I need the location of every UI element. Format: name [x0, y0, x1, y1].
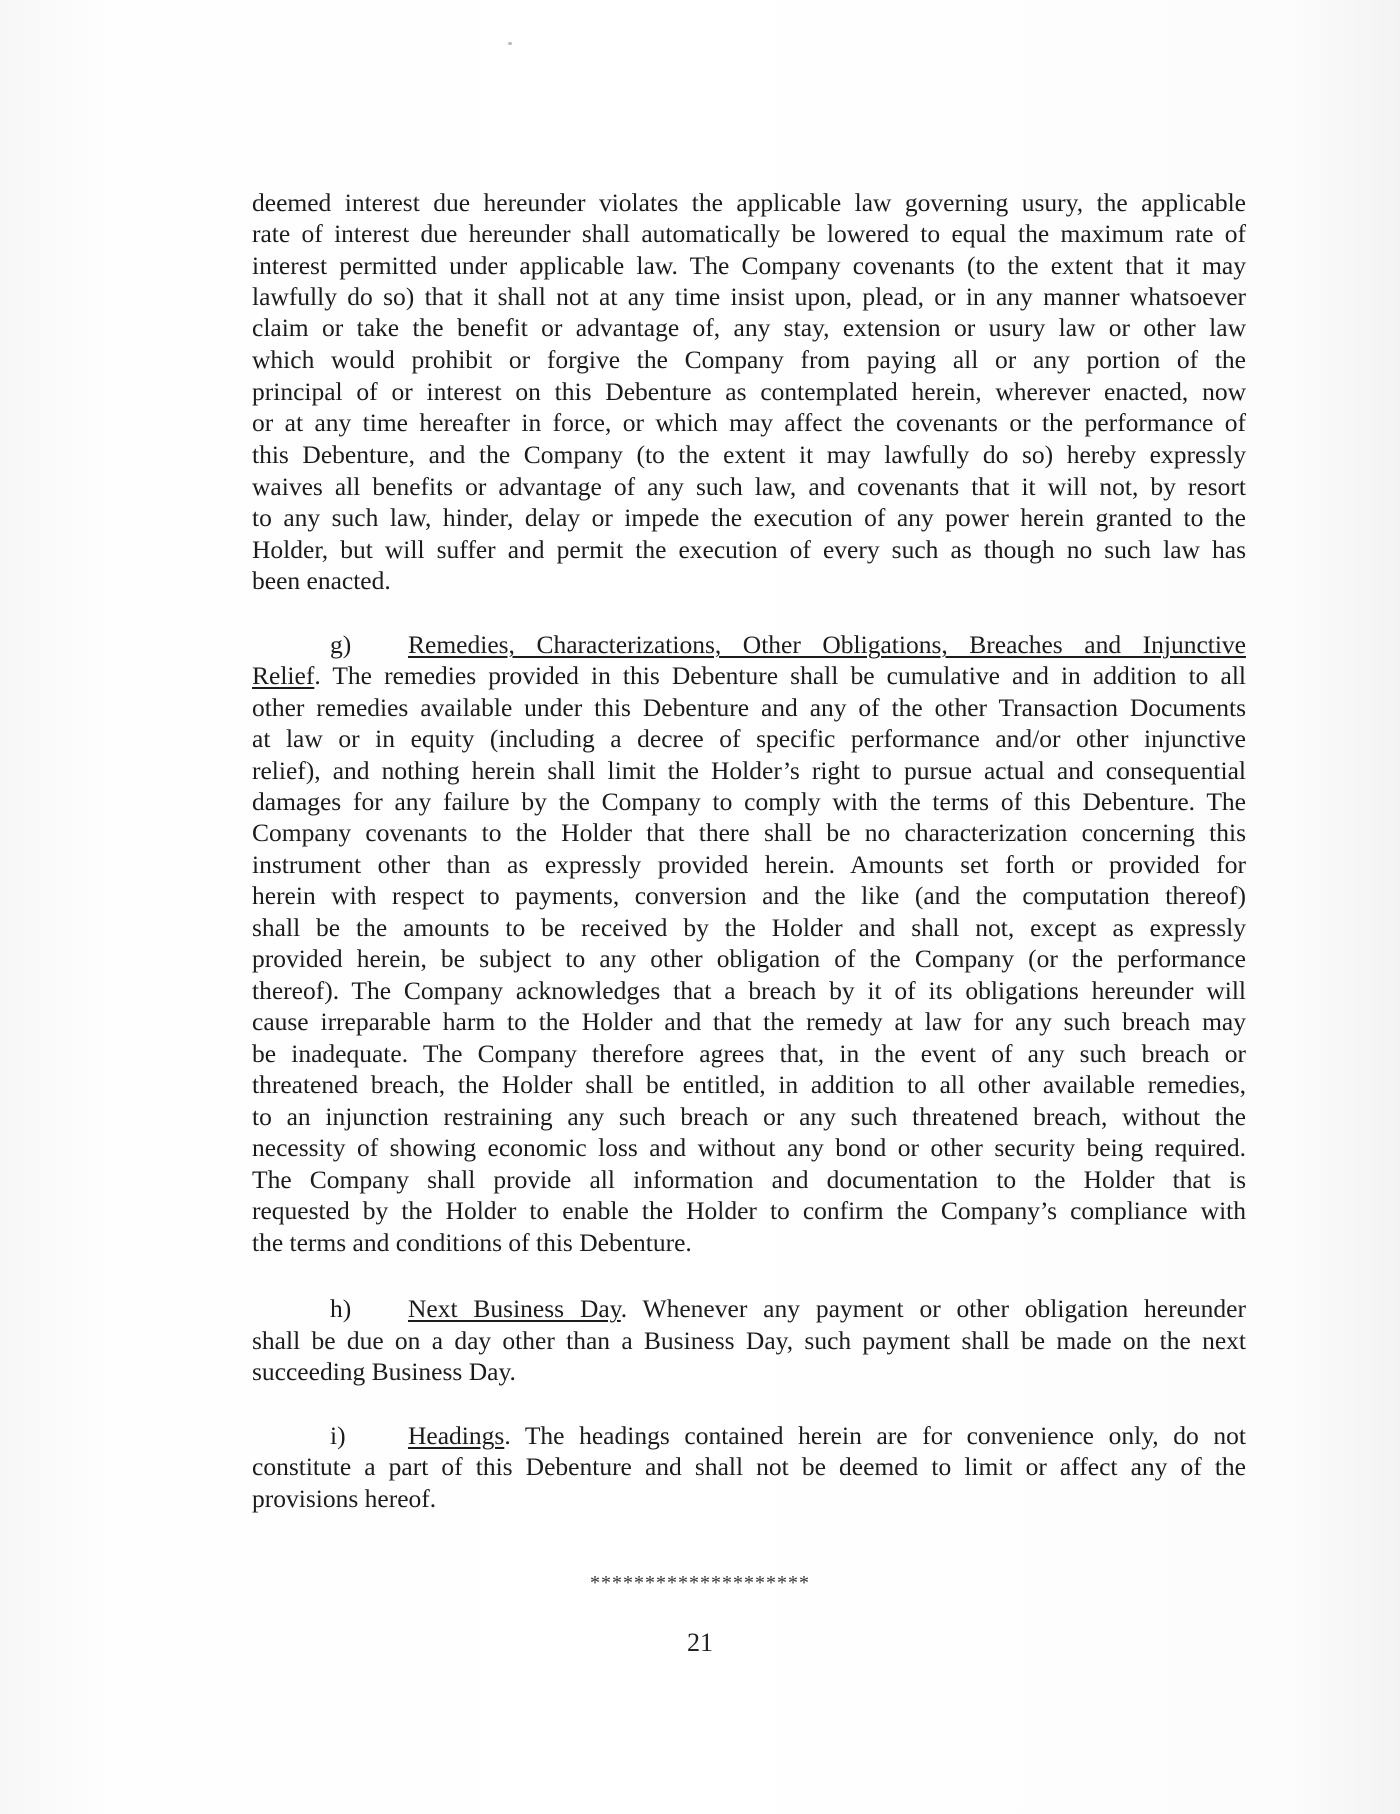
text-line: to an injunction restraining any such br…: [252, 1102, 1246, 1132]
text-line: shall be the amounts to be received by t…: [252, 913, 1246, 943]
text-line: Holder, but will suffer and permit the e…: [252, 535, 1246, 565]
text-line: herein with respect to payments, convers…: [252, 881, 1246, 911]
section-label: g): [330, 630, 408, 660]
text-line: damages for any failure by the Company t…: [252, 787, 1246, 817]
section-heading: Headings: [408, 1421, 504, 1450]
text-line: be inadequate. The Company therefore agr…: [252, 1039, 1246, 1069]
text-line: shall be due on a day other than a Busin…: [252, 1326, 1246, 1356]
section-heading-continued: Relief: [252, 661, 314, 690]
text-line: waives all benefits or advantage of any …: [252, 472, 1246, 502]
text-line: the terms and conditions of this Debentu…: [252, 1228, 1246, 1258]
text-line: Relief. The remedies provided in this De…: [252, 661, 1246, 691]
text-line: instrument other than as expressly provi…: [252, 850, 1246, 880]
text-line: constitute a part of this Debenture and …: [252, 1452, 1246, 1482]
document-page: deemed interest due hereunder violates t…: [0, 0, 1400, 1814]
text-line: or at any time hereafter in force, or wh…: [252, 408, 1246, 438]
section-label: i): [330, 1421, 408, 1451]
text-line: succeeding Business Day.: [252, 1357, 1246, 1387]
text-line: requested by the Holder to enable the Ho…: [252, 1196, 1246, 1226]
text-line: Company covenants to the Holder that the…: [252, 818, 1246, 848]
text-line: to any such law, hinder, delay or impede…: [252, 503, 1246, 533]
text-span: . The headings contained herein are for …: [504, 1421, 1246, 1450]
text-line: The Company shall provide all informatio…: [252, 1165, 1246, 1195]
text-line: relief), and nothing herein shall limit …: [252, 756, 1246, 786]
text-line: at law or in equity (including a decree …: [252, 724, 1246, 754]
scan-speck: [508, 42, 512, 45]
section-heading-line: g)Remedies, Characterizations, Other Obl…: [330, 630, 1246, 660]
text-line: been enacted.: [252, 566, 1246, 596]
text-span: . Whenever any payment or other obligati…: [621, 1294, 1246, 1323]
text-line: rate of interest due hereunder shall aut…: [252, 219, 1246, 249]
text-line: threatened breach, the Holder shall be e…: [252, 1070, 1246, 1100]
text-line: provisions hereof.: [252, 1484, 1246, 1514]
text-line: necessity of showing economic loss and w…: [252, 1133, 1246, 1163]
section-heading: Next Business Day: [408, 1294, 621, 1323]
text-line: lawfully do so) that it shall not at any…: [252, 282, 1246, 312]
section-heading-line: i)Headings. The headings contained herei…: [330, 1421, 1246, 1451]
text-line: this Debenture, and the Company (to the …: [252, 440, 1246, 470]
text-span: . The remedies provided in this Debentur…: [314, 661, 1246, 690]
end-separator: ********************: [0, 1572, 1400, 1595]
text-line: deemed interest due hereunder violates t…: [252, 188, 1246, 218]
section-label: h): [330, 1294, 408, 1324]
text-line: provided herein, be subject to any other…: [252, 944, 1246, 974]
text-line: cause irreparable harm to the Holder and…: [252, 1007, 1246, 1037]
section-heading-line: h)Next Business Day. Whenever any paymen…: [330, 1294, 1246, 1324]
page-number: 21: [0, 1628, 1400, 1658]
text-line: thereof). The Company acknowledges that …: [252, 976, 1246, 1006]
text-line: which would prohibit or forgive the Comp…: [252, 345, 1246, 375]
section-heading: Remedies, Characterizations, Other Oblig…: [408, 630, 1246, 659]
text-line: claim or take the benefit or advantage o…: [252, 313, 1246, 343]
text-line: interest permitted under applicable law.…: [252, 251, 1246, 281]
text-line: other remedies available under this Debe…: [252, 693, 1246, 723]
text-line: principal of or interest on this Debentu…: [252, 377, 1246, 407]
